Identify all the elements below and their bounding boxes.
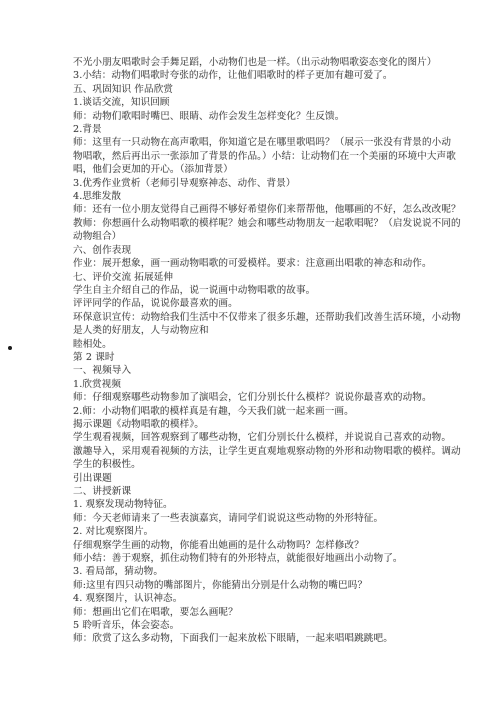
text-line: 师：还有一位小朋友觉得自己画得不够好希望你们来帮帮他，他哪画的不好，怎么改改呢？ [73,203,465,216]
text-line: 睦相处。 [73,338,465,351]
text-line: 1.欣赏视频 [73,378,465,391]
text-line: 第 2 课时 [73,351,465,364]
text-line: 2.师：小动物们唱歌的模样真是有趣，今天我们就一起来画一画。 [73,405,465,418]
text-line: 师：今天老师请来了一些表演嘉宾，请同学们说说这些动物的外形特征。 [73,512,465,525]
text-line: 二、讲授新课 [73,485,465,498]
text-line: 作业：展开想象，画一画动物唱歌的可爱模样。要求：注意画出唱歌的神态和动作。 [73,257,465,270]
text-line: 师：这里有一只动物在高声歌唱，你知道它是在哪里歌唱吗？（展示一张没有背景的小动 [73,136,465,149]
text-line: 师小结：善于观察，抓住动物们特有的外形特点，就能很好地画出小动物了。 [73,552,465,565]
text-line: 是人类的好朋友，人与动物应和 [73,324,465,337]
text-line: 师：欣赏了这么多动物，下面我们一起来放松下眼睛，一起来唱唱跳跳吧。 [73,632,465,645]
text-line: 师:这里有四只动物的嘴部图片，你能猜出分别是什么动物的嘴巴吗？ [73,579,465,592]
text-line: 五、巩固知识 作品欣赏 [73,83,465,96]
text-line: 学生的积极性。 [73,458,465,471]
text-line: 学生自主介绍自己的作品，说一说画中动物唱歌的故事。 [73,284,465,297]
text-line: 3. 看局部，猜动物。 [73,565,465,578]
text-line: 唱，他们会更加的开心。（添加背景） [73,163,465,176]
text-line: 师：想画出它们在唱歌，要怎么画呢？ [73,606,465,619]
text-line: 一、视频导入 [73,364,465,377]
text-line: 1. 观察发现动物特征。 [73,498,465,511]
text-line: 2.背景 [73,123,465,136]
text-line: 1.谈话交流，知识回顾 [73,96,465,109]
text-line: 3.小结：动物们唱歌时夸张的动作，让他们唱歌时的样子更加有趣可爱了。 [73,69,465,82]
text-line: 揭示课题《动物唱歌的模样》。 [73,418,465,431]
text-line: 动物组合） [73,230,465,243]
text-line: 评评同学的作品，说说你最喜欢的画。 [73,297,465,310]
text-line: 师：动物们歌唱时嘴巴、眼睛、动作会发生怎样变化？生反馈。 [73,110,465,123]
text-line: 学生观看视频，回答观察到了哪些动物，它们分别长什么模样，并说说自己喜欢的动物。 [73,431,465,444]
text-line: 4.思维发散 [73,190,465,203]
text-line: 5 聆听音乐，体会姿态。 [73,619,465,632]
text-line: 仔细观察学生画的动物，你能看出她画的是什么动物吗？怎样修改？ [73,539,465,552]
text-line: 引出课题 [73,472,465,485]
text-line: 七、评价交流 拓展延伸 [73,271,465,284]
text-line: 不光小朋友唱歌时会手舞足蹈，小动物们也是一样。（出示动物唱歌姿态变化的图片） [73,56,465,69]
text-line: 教师：你想画什么动物唱歌的模样呢？她会和哪些动物朋友一起歌唱呢？（启发说说不同的 [73,217,465,230]
text-line: 3.优秀作业赏析（老师引导观察神态、动作、背景） [73,177,465,190]
text-line: 环保意识宣传：动物给我们生活中不仅带来了很多乐趣，还帮助我们改善生活环境，小动物 [73,311,465,324]
text-line: 4. 观察图片，认识神态。 [73,592,465,605]
text-line: 六、创作表现 [73,244,465,257]
document-body: 不光小朋友唱歌时会手舞足蹈，小动物们也是一样。（出示动物唱歌姿态变化的图片）3.… [73,56,465,646]
text-line: 2. 对比观察图片。 [73,525,465,538]
text-line: 激趣导入，采用观看视频的方法，让学生更直观地观察动物的外形和动物唱歌的模样。调动 [73,445,465,458]
text-line: 师：仔细观察哪些动物参加了演唱会，它们分别长什么模样？说说你最喜欢的动物。 [73,391,465,404]
document-page: 不光小朋友唱歌时会手舞足蹈，小动物们也是一样。（出示动物唱歌姿态变化的图片）3.… [0,0,499,706]
text-line: 物唱歌，然后再出示一张添加了背景的作品。）小结：让动物们在一个美丽的环境中大声歌 [73,150,465,163]
bullet-mark-icon [8,346,12,350]
